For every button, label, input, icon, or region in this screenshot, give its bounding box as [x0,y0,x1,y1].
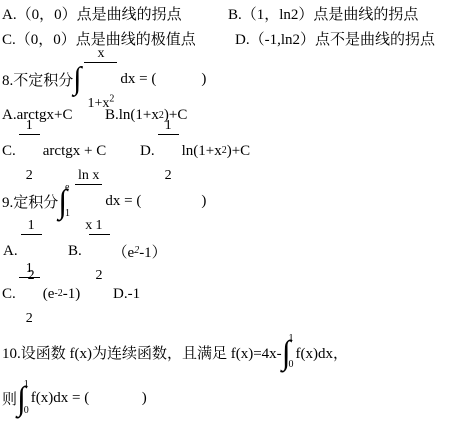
q9-option-b: B. 1 2 （e2-1） [68,230,167,272]
integral-icon: ∫ [17,381,26,415]
integral-icon: ∫ [73,63,81,95]
q7-option-d-text: D.（-1,ln2）点不是曲线的拐点 [235,28,435,49]
q9-option-d: D.-1 [113,273,140,315]
q9-definite-integral: ∫ e 1 [58,183,72,219]
q9-stem-suffix: dx = [105,193,136,210]
q8-answer-blank: ( ) [151,71,206,88]
q10-line1-suffix: f(x)dx， [295,342,348,363]
integral-icon: ∫ [282,335,291,369]
q10-answer-blank: ( ) [84,390,147,407]
q10-stem-line2: 则 ∫ 1 0 f(x)dx = ( ) [2,376,147,420]
q10-line2-mid: f(x)dx = [31,390,84,407]
q10-line1-prefix: 10.设函数 f(x)为连续函数，且满足 f(x)=4x- [2,342,282,363]
q10-definite-integral-2: ∫ 1 0 [17,380,31,416]
q7-option-d: D.（-1,ln2）点不是曲线的拐点 [235,28,435,49]
q9-answer-blank: ( ) [136,193,206,210]
q7-option-b: B.（1，ln2）点是曲线的拐点 [228,3,418,24]
q10-stem-line1: 10.设函数 f(x)为连续函数，且满足 f(x)=4x- ∫ 1 0 f(x)… [2,330,348,374]
integral-icon: ∫ [58,184,67,218]
q10-line2-prefix: 则 [2,388,17,409]
q9-fraction-numerator: ln x [75,168,102,185]
q8-option-d: D. 1 2 ln(1+x2)+C [140,131,250,171]
q9-option-b-fraction: 1 2 [89,186,110,316]
q8-stem-suffix: dx = [120,71,151,88]
q9-option-d-text: D.-1 [113,286,140,303]
q7-option-b-text: B.（1，ln2）点是曲线的拐点 [228,3,418,24]
exam-paper: A.（0，0）点是曲线的拐点 B.（1，ln2）点是曲线的拐点 C.（0，0）点… [0,0,466,423]
q9-option-c: C. 1 2 (e-2-1) [2,273,80,315]
q10-definite-integral-1: ∫ 1 0 [282,334,296,370]
q8-fraction: x 1+x2 [84,14,117,144]
q8-fraction-numerator: x [84,46,117,63]
